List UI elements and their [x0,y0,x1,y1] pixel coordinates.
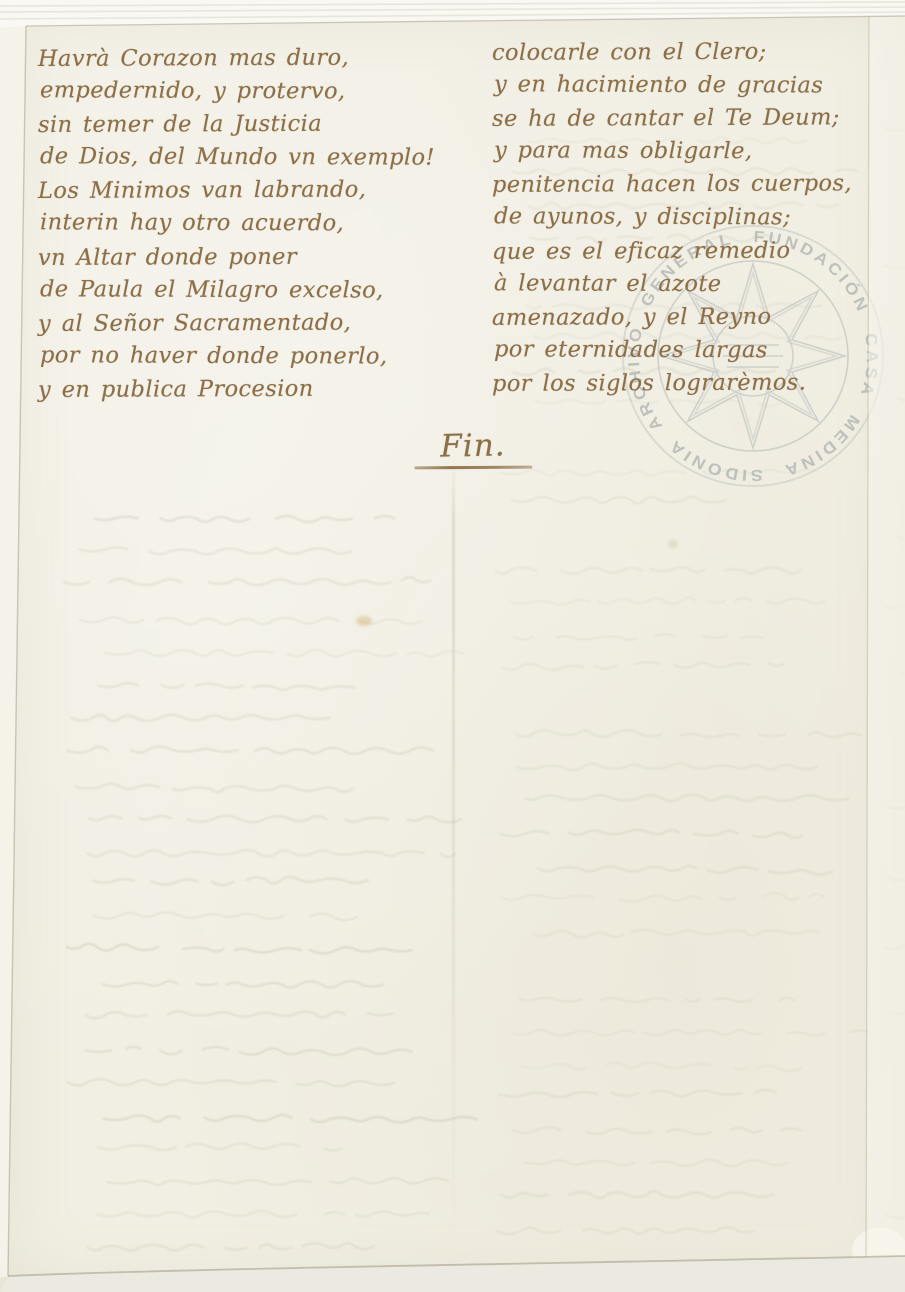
bottom-page-edge [0,1256,905,1292]
page-edges [0,0,905,1292]
manuscript-page-scan: ARCHIVO GENERAL FUNDACIÓN CASA MEDINA SI… [0,0,905,1292]
adjacent-page-strip [866,0,905,1292]
left-page-margin-edge [0,26,26,1278]
